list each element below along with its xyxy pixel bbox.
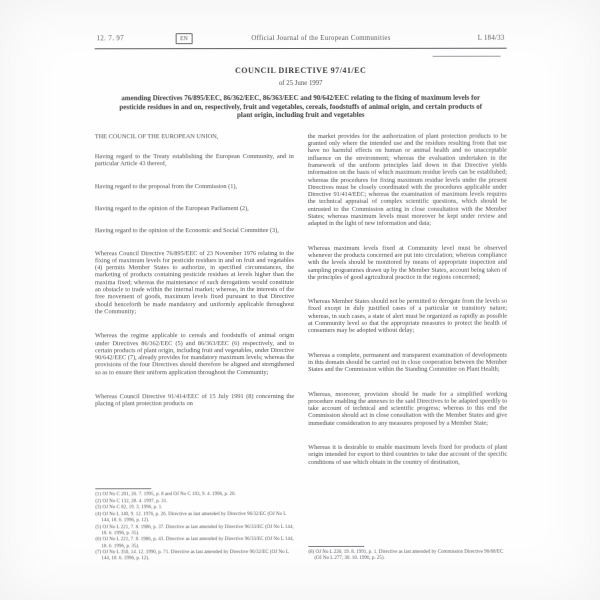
header-rule bbox=[95, 48, 507, 50]
recital-paragraph-continued: the market provides for the authorizatio… bbox=[308, 132, 507, 227]
directive-date: of 25 June 1997 bbox=[95, 80, 507, 88]
footnote: (2) OJ No C 132, 28. 4. 1997, p. 31. bbox=[95, 499, 294, 505]
column-spacer bbox=[308, 483, 507, 546]
having-regard-committee: Having regard to the opinion of the Econ… bbox=[95, 227, 294, 235]
right-column: the market provides for the authorizatio… bbox=[308, 132, 508, 562]
recital-paragraph: Whereas Council Directive 76/895/EEC of … bbox=[95, 250, 294, 316]
title-block: COUNCIL DIRECTIVE 97/41/EC of 25 June 19… bbox=[95, 66, 507, 120]
header-subrule bbox=[433, 56, 501, 57]
footnote: (5) OJ No L 221, 7. 8. 1986, p. 37. Dire… bbox=[95, 525, 294, 537]
language-badge: EN bbox=[176, 33, 193, 44]
footnote-rule bbox=[95, 488, 151, 489]
having-regard-commission: Having regard to the proposal from the C… bbox=[95, 183, 294, 191]
footnote: (6) OJ No L 221, 7. 8. 1986, p. 43. Dire… bbox=[95, 537, 294, 549]
footnote: (8) OJ No L 230, 19. 8. 1991, p. 1. Dire… bbox=[308, 550, 507, 562]
left-column: THE COUNCIL OF THE EUROPEAN UNION, Havin… bbox=[95, 133, 295, 563]
scanned-page: 12. 7. 97 EN Official Journal of the Eur… bbox=[0, 0, 600, 600]
footnote: (1) OJ No C 201, 26. 7. 1995, p. 8 and O… bbox=[95, 492, 294, 498]
recital-paragraph: Whereas the regime applicable to cereals… bbox=[95, 332, 294, 376]
body-columns: THE COUNCIL OF THE EUROPEAN UNION, Havin… bbox=[95, 132, 508, 563]
footnote: (4) OJ No L 340, 9. 12. 1976, p. 26. Dir… bbox=[95, 512, 294, 524]
recital-paragraph: Whereas, moreover, provision should be m… bbox=[308, 390, 507, 427]
footnote: (7) OJ No L 350, 14. 12. 1990, p. 71. Di… bbox=[95, 550, 294, 562]
recital-paragraph: Whereas Member States should not be perm… bbox=[308, 298, 507, 335]
having-regard-parliament: Having regard to the opinion of the Euro… bbox=[95, 205, 294, 213]
recital-paragraph: Whereas it is desirable to enable maximu… bbox=[308, 444, 507, 466]
directive-subject: amending Directives 76/895/EEC, 86/362/E… bbox=[117, 94, 485, 120]
page-header: 12. 7. 97 EN Official Journal of the Eur… bbox=[95, 30, 507, 49]
left-footnotes: (1) OJ No C 201, 26. 7. 1995, p. 8 and O… bbox=[95, 488, 294, 563]
header-page-reference: L 184/33 bbox=[450, 34, 505, 42]
header-date: 12. 7. 97 bbox=[97, 35, 152, 43]
footnote-list: (1) OJ No C 201, 26. 7. 1995, p. 8 and O… bbox=[95, 492, 294, 562]
recital-paragraph: Whereas maximum levels fixed at Communit… bbox=[308, 244, 507, 281]
recital-paragraph: Whereas a complete, permanent and transp… bbox=[308, 351, 507, 373]
council-opening-line: THE COUNCIL OF THE EUROPEAN UNION, bbox=[95, 133, 294, 141]
right-footnotes: (8) OJ No L 230, 19. 8. 1991, p. 1. Dire… bbox=[308, 546, 507, 563]
having-regard-treaty: Having regard to the Treaty establishing… bbox=[95, 153, 294, 168]
journal-title: Official Journal of the European Communi… bbox=[192, 34, 449, 42]
directive-title: COUNCIL DIRECTIVE 97/41/EC bbox=[95, 66, 507, 76]
column-spacer bbox=[95, 425, 294, 489]
page-content: 12. 7. 97 EN Official Journal of the Eur… bbox=[95, 30, 508, 563]
footnote-rule bbox=[308, 546, 364, 547]
footnote-list: (8) OJ No L 230, 19. 8. 1991, p. 1. Dire… bbox=[308, 550, 507, 562]
recital-paragraph: Whereas Council Directive 91/414/EEC of … bbox=[95, 393, 294, 408]
footnote: (3) OJ No C 82, 19. 3. 1996, p. 1. bbox=[95, 505, 294, 511]
